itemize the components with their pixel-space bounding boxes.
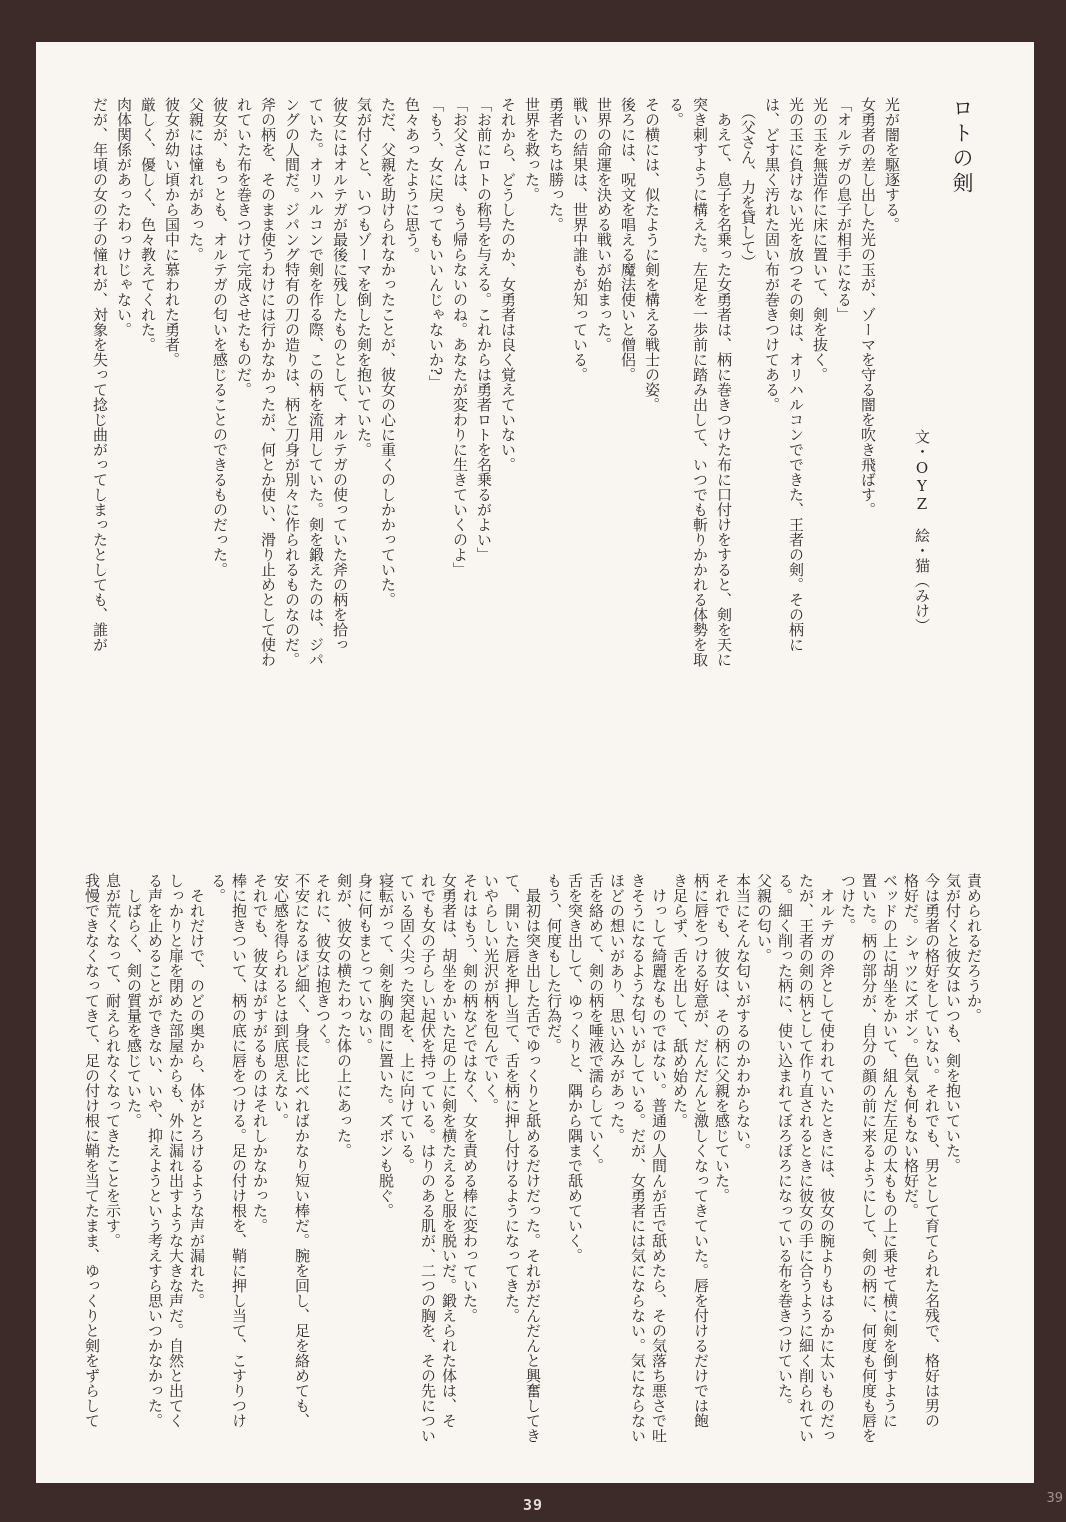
text-column: 彼女が幼い頃から国中に慕われた勇者。 [160,97,184,669]
text-column: る声を止めることができない、いや、抑えようという考えすら思いつかなかった。 [144,873,165,1445]
text-column: 気が付くと、いつもゾーマを倒した剣を抱いていた。 [352,97,376,669]
story-credit: 文・OYZ 絵・猫（みけ） [912,97,932,669]
text-column: 寝転がって、剣を胸の間に置いた。ズボンも脱ぐ。 [375,873,396,1445]
text-column: 棒に抱きついて、柄の底に唇をつける。足の付け根を、鞘に押し当て、こすりつけ [228,873,249,1445]
text-column: 光の玉を無造作に床に置いて、剣を抜く。 [808,97,832,669]
text-column: て、開いた唇を押し当て、舌を柄に押し付けるようになってきた。 [501,873,522,1445]
page-number: 39 [523,1496,543,1514]
text-column: 置いた。柄の部分が、自分の顔の前に来るようにして、剣の柄に、何度も何度も唇を [858,873,879,1445]
text-column: 世界を救った。 [520,97,544,669]
story-title: ロトの剣 [944,97,980,669]
text-column: けっして綺麗なものではない。普通の人間んが舌で舐めたら、その気落ち悪さで吐 [648,873,669,1445]
text-column: 斧の柄を、そのまま使うわけには行かなかったが、何とか使い、滑り止めとして使わ [256,97,280,669]
text-column: 父親には憧れがあった。 [184,97,208,669]
text-column: 後ろには、呪文を唱える魔法使いと僧侶。 [616,97,640,669]
text-column: それから、どうしたのか、女勇者は良く覚えていない。 [496,97,520,669]
text-column: 「お前にロトの称号を与える。これからは勇者ロトを名乗るがよい」 [472,97,496,669]
text-column: もう、何度もした行為だ。 [543,873,564,1445]
text-column: 不安になるほど細く、身長に比べればかなり短い棒だ。腕を回し、足を絡めても、 [291,873,312,1445]
text-column: 勇者たちは勝った。 [544,97,568,669]
text-column: 気が付くと彼女はいつも、剣を抱いていた。 [942,873,963,1445]
text-column: 女勇者の差し出した光の玉が、ゾーマを守る闇を吹き飛ばす。 [856,97,880,669]
text-column: 安心感を得られるとは到底思えない。 [270,873,291,1445]
text-column: （父さん、力を貸して） [736,97,760,669]
text-column: 彼女にはオルテガが最後に残したものとして、オルテガの使っていた斧の柄を拾っ [328,97,352,669]
text-column: 剣が、彼女の横たわった体の上にあった。 [333,873,354,1445]
text-column: る。細く削った柄に、使い込まれてぼろぼろになっている布を巻きつけていた。 [774,873,795,1445]
text-column: それだけで、のどの奥から、体がとろけるような声が漏れた。 [186,873,207,1445]
text-column: それはもう、剣の柄などではなく、女を責める棒に変わっていた。 [459,873,480,1445]
text-column: しばらく、剣の質量を感じていた。 [123,873,144,1445]
text-column: 厳しく、優しく、色々教えてくれた。 [136,97,160,669]
text-column: き足らず、舌を出して、舐め始めた。 [669,873,690,1445]
text-column: その横には、似たように剣を構える戦士の姿。 [640,97,664,669]
text-column: ただ、父親を助けられなかったことが、彼女の心に重くのしかかっていた。 [376,97,400,669]
text-column: たが、王者の剣の柄として作り直されるときに彼女の手に合うように細く削られてい [795,873,816,1445]
text-column: 責められるだろうか。 [963,873,984,1445]
text-column: 柄に唇をつける好意が、だんだんと激しくなってきていた。唇を付けるだけでは飽 [690,873,711,1445]
text-column: 光の玉に負けない光を放つその剣は、オリハルコンでできた、王者の剣。その柄に [784,97,808,669]
text-column: る。 [664,97,688,669]
text-column: 肉体関係があったわっけじゃない。 [112,97,136,669]
credit-suffix: 絵・猫（みけ） [913,513,931,633]
scanned-page: { "page": { "bg_color": "#3c2b29", "pape… [0,0,1066,1522]
credit-prefix: 文・ [913,429,931,459]
text-column: しっかりと扉を閉めた部屋からも、外に漏れ出すような大きな声だ。自然と出てく [165,873,186,1445]
text-column: 息が荒くなって、耐えられなくなってきたことを示す。 [102,873,123,1445]
text-column: 「お父さんは、もう帰らないのね。あなたが変わりに生きていくのよ」 [448,97,472,669]
text-column: ていた。オリハルコンで剣を作る際、この柄を流用していた。剣を鍛えたのは、ジパ [304,97,328,669]
text-column: る。 [207,873,228,1445]
text-column: 「もう、女に戻ってもいいんじゃないか?」 [424,97,448,669]
text-column: 今は勇者の格好をしていない。それでも、男として育てられた名残で、格好は男の [921,873,942,1445]
text-column: 我慢できなくなってきて、足の付け根に鞘を当てたまま、ゆっくりと剣をずらして [81,873,102,1445]
text-column: それでも、彼女はがすがるものはそれしかなかった。 [249,873,270,1445]
text-column: いやらしい光沢が柄を包んでいく。 [480,873,501,1445]
text-column: 舌を絡めて、剣の柄を唾液で濡らしていく。 [585,873,606,1445]
text-column: あえて、息子を名乗った女勇者は、柄に巻きつけた布に口付けをすると、剣を天に [712,97,736,669]
text-column: れでも女の子らしい起伏を持っている。はりのある肌が、二つの胸を、その先につい [417,873,438,1445]
text-column: 彼女が、もっとも、オルテガの匂いを感じることのできるものだった。 [208,97,232,669]
text-column: 最初は突き出した舌でゆっくりと舐めるだけだった。それがだんだんと興奮してき [522,873,543,1445]
text-column: 本当にそんな匂いがするのかわからない。 [732,873,753,1445]
text-column: ほどの想いがあり、思い込みがあった。 [606,873,627,1445]
text-column: 光が闇を駆逐する。 [880,97,904,669]
text-column: つけた。 [837,873,858,1445]
text-column: オルテガの斧として使われていたときには、彼女の腕よりもはるかに太いものだっ [816,873,837,1445]
text-column: 女勇者は、胡坐をかいた足の上に剣を横たえると服を脱いだ。鍛えられた体は、そ [438,873,459,1445]
text-column: は、どす黒く汚れた固い布が巻きつけてある。 [760,97,784,669]
edge-page-number: 39 [1046,1491,1063,1506]
text-column: ている固く尖った突起を、上に向けている。 [396,873,417,1445]
text-column: それでも、彼女は、その柄に父親を感じていた。 [711,873,732,1445]
story-top-block: ロトの剣 文・OYZ 絵・猫（みけ） 光が闇を駆逐する。女勇者の差し出した光の玉… [88,97,980,669]
text-column: 父親の匂い。 [753,873,774,1445]
text-column: それに、彼女は抱きつく。 [312,873,333,1445]
text-column: 戦いの結果は、世界中誰もが知っている。 [568,97,592,669]
text-column: ベッドの上に胡坐をかいて、組んだ左足の太ももの上に乗せて横に剣を倒すように [879,873,900,1445]
text-column: きそうになるような匂いがしている。だが、女勇者には気にならない。気にならない [627,873,648,1445]
text-column: 身に何もまとっていない。 [354,873,375,1445]
text-column: 世界の命運を決める戦いが始まった。 [592,97,616,669]
text-column: 「オルテガの息子が相手になる」 [832,97,856,669]
story-bottom-block: 責められるだろうか。気が付くと彼女はいつも、剣を抱いていた。今は勇者の格好をして… [81,873,984,1445]
text-column: 突き刺すように構えた。左足を一歩前に踏み出して、いつでも斬りかかれる体勢を取 [688,97,712,669]
paper-page: ロトの剣 文・OYZ 絵・猫（みけ） 光が闇を駆逐する。女勇者の差し出した光の玉… [36,42,1034,1483]
text-column: だが、年頃の女の子の憧れが、対象を失って捻じ曲がってしまったとしても、誰が [88,97,112,669]
text-column: 色々あったように思う。 [400,97,424,669]
text-column: 舌を突き出して、ゆっくりと、隅から隅まで舐めていく。 [564,873,585,1445]
credit-author: OYZ [913,459,931,513]
text-column: ングの人間だ。ジパング特有の刀の造りは、柄と刀身が別々に作られるものなのだ。 [280,97,304,669]
text-column: れていた布を巻きつけて完成させたものだ。 [232,97,256,669]
text-column: 格好だ。シャツにズボン。色気も何もない格好だ。 [900,873,921,1445]
